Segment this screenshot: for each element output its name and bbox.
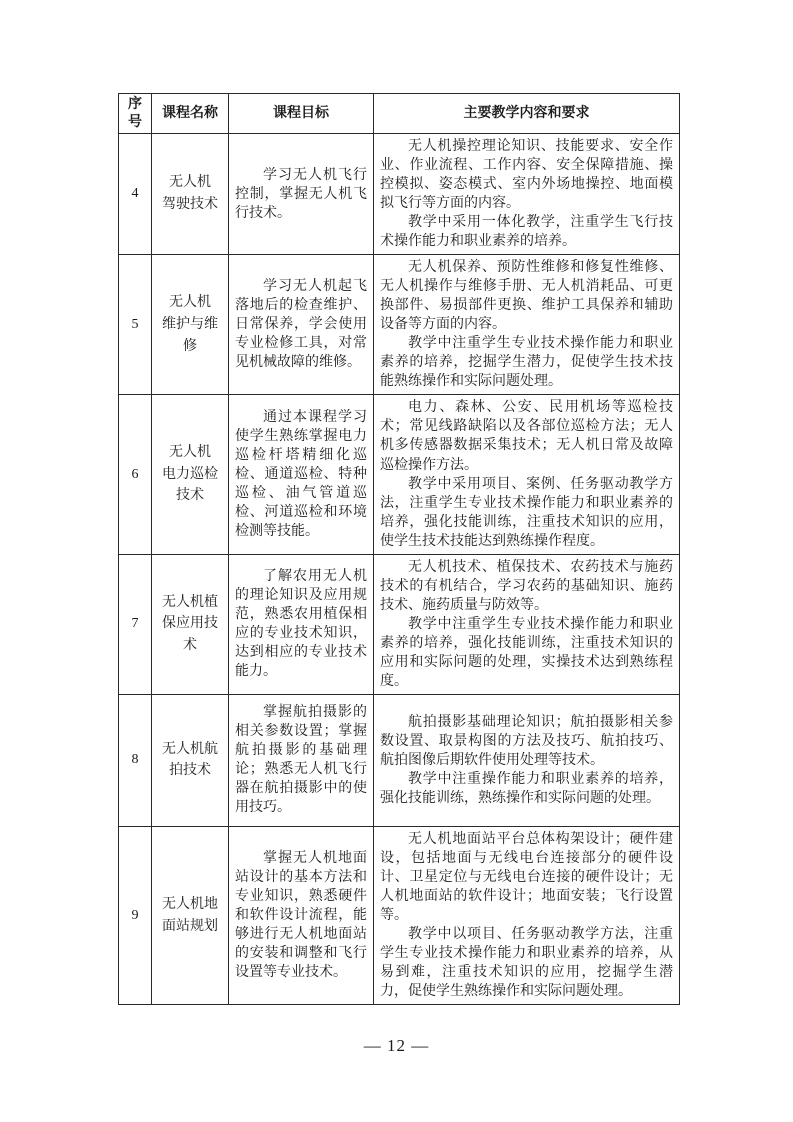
- course-objective: 了解农用无人机的理论知识及应用规范，熟悉农用植保相应的专业技术知识，达到相应的专…: [229, 554, 374, 694]
- teaching-content: 无人机保养、预防性维修和修复性维修、无人机操作与维修手册、无人机消耗品、可更换部…: [374, 255, 680, 395]
- content-paragraph: 无人机操控理论知识、技能要求、安全作业、作业流程、工作内容、安全保障措施、操控模…: [380, 137, 673, 213]
- content-paragraph: 教学中采用项目、案例、任务驱动教学方法，注重学生专业技术操作能力和职业素养的培养…: [380, 475, 673, 551]
- serial-number: 7: [119, 554, 152, 694]
- course-name: 无人机航 拍技术: [152, 694, 229, 826]
- table-row: 6 无人机 电力巡检 技术 通过本课程学习使学生熟练掌握电力巡检杆塔精细化巡检、…: [119, 395, 680, 554]
- content-paragraph: 无人机地面站平台总体构架设计；硬件建设，包括地面与无线电台连接部分的硬件设计、卫…: [380, 830, 673, 925]
- content-paragraph: 教学中注重学生专业技术操作能力和职业素养的培养，强化技能训练，注重技术知识的应用…: [380, 615, 673, 691]
- header-serial-number: 序 号: [119, 94, 152, 134]
- document-page: 序 号 课程名称 课程目标 主要教学内容和要求 4 无人机 驾驶技术 学习无人机…: [0, 0, 793, 1122]
- serial-number: 9: [119, 826, 152, 1004]
- teaching-content: 电力、森林、公安、民用机场等巡检技术；常见线路缺陷以及各部位巡检方法；无人机多传…: [374, 395, 680, 554]
- teaching-content: 无人机地面站平台总体构架设计；硬件建设，包括地面与无线电台连接部分的硬件设计、卫…: [374, 826, 680, 1004]
- objective-paragraph: 学习无人机起飞落地后的检查维护、日常保养，学会使用专业检修工具，对常见机械故障的…: [235, 277, 367, 372]
- content-paragraph: 无人机保养、预防性维修和修复性维修、无人机操作与维修手册、无人机消耗品、可更换部…: [380, 258, 673, 334]
- table-row: 9 无人机地 面站规划 掌握无人机地面站设计的基本方法和专业知识，熟悉硬件和软件…: [119, 826, 680, 1004]
- teaching-content: 航拍摄影基础理论知识；航拍摄影相关参数设置、取景构图的方法及技巧、航拍技巧、航拍…: [374, 694, 680, 826]
- table-row: 7 无人机植 保应用技 术 了解农用无人机的理论知识及应用规范，熟悉农用植保相应…: [119, 554, 680, 694]
- content-paragraph: 航拍摄影基础理论知识；航拍摄影相关参数设置、取景构图的方法及技巧、航拍技巧、航拍…: [380, 713, 673, 770]
- table-row: 4 无人机 驾驶技术 学习无人机飞行控制，掌握无人机飞行技术。 无人机操控理论知…: [119, 134, 680, 255]
- objective-paragraph: 了解农用无人机的理论知识及应用规范，熟悉农用植保相应的专业技术知识，达到相应的专…: [235, 567, 367, 681]
- header-teaching-content: 主要教学内容和要求: [374, 94, 680, 134]
- course-objective: 学习无人机飞行控制，掌握无人机飞行技术。: [229, 134, 374, 255]
- content-paragraph: 电力、森林、公安、民用机场等巡检技术；常见线路缺陷以及各部位巡检方法；无人机多传…: [380, 398, 673, 474]
- header-course-name: 课程名称: [152, 94, 229, 134]
- table-row: 5 无人机 维护与维 修 学习无人机起飞落地后的检查维护、日常保养，学会使用专业…: [119, 255, 680, 395]
- content-paragraph: 教学中以项目、任务驱动教学方法，注重学生专业技术操作能力和职业素养的培养，从易到…: [380, 925, 673, 1001]
- course-name: 无人机地 面站规划: [152, 826, 229, 1004]
- content-paragraph: 教学中采用一体化教学，注重学生飞行技术操作能力和职业素养的培养。: [380, 213, 673, 251]
- table-row: 8 无人机航 拍技术 掌握航拍摄影的相关参数设置；掌握航拍摄影的基础理论；熟悉无…: [119, 694, 680, 826]
- teaching-content: 无人机技术、植保技术、农药技术与施药技术的有机结合，学习农药的基础知识、施药技术…: [374, 554, 680, 694]
- header-course-objective: 课程目标: [229, 94, 374, 134]
- course-name: 无人机 驾驶技术: [152, 134, 229, 255]
- teaching-content: 无人机操控理论知识、技能要求、安全作业、作业流程、工作内容、安全保障措施、操控模…: [374, 134, 680, 255]
- course-objective: 通过本课程学习使学生熟练掌握电力巡检杆塔精细化巡检、通道巡检、特种巡检、油气管道…: [229, 395, 374, 554]
- course-objective: 学习无人机起飞落地后的检查维护、日常保养，学会使用专业检修工具，对常见机械故障的…: [229, 255, 374, 395]
- course-objective: 掌握航拍摄影的相关参数设置；掌握航拍摄影的基础理论；熟悉无人机飞行器在航拍摄影中…: [229, 694, 374, 826]
- course-table: 序 号 课程名称 课程目标 主要教学内容和要求 4 无人机 驾驶技术 学习无人机…: [118, 93, 680, 1005]
- course-name: 无人机 维护与维 修: [152, 255, 229, 395]
- objective-paragraph: 通过本课程学习使学生熟练掌握电力巡检杆塔精细化巡检、通道巡检、特种巡检、油气管道…: [235, 408, 367, 541]
- objective-paragraph: 学习无人机飞行控制，掌握无人机飞行技术。: [235, 166, 367, 223]
- table-header-row: 序 号 课程名称 课程目标 主要教学内容和要求: [119, 94, 680, 134]
- objective-paragraph: 掌握无人机地面站设计的基本方法和专业知识，熟悉硬件和软件设计流程，能够进行无人机…: [235, 849, 367, 982]
- serial-number: 5: [119, 255, 152, 395]
- content-paragraph: 教学中注重学生专业技术操作能力和职业素养的培养，挖掘学生潜力，促使学生技术技能熟…: [380, 334, 673, 391]
- course-name: 无人机植 保应用技 术: [152, 554, 229, 694]
- content-paragraph: 无人机技术、植保技术、农药技术与施药技术的有机结合，学习农药的基础知识、施药技术…: [380, 558, 673, 615]
- serial-number: 8: [119, 694, 152, 826]
- course-objective: 掌握无人机地面站设计的基本方法和专业知识，熟悉硬件和软件设计流程，能够进行无人机…: [229, 826, 374, 1004]
- content-paragraph: 教学中注重操作能力和职业素养的培养，强化技能训练，熟练操作和实际问题的处理。: [380, 770, 673, 808]
- page-number: — 12 —: [0, 1036, 793, 1056]
- course-name: 无人机 电力巡检 技术: [152, 395, 229, 554]
- objective-paragraph: 掌握航拍摄影的相关参数设置；掌握航拍摄影的基础理论；熟悉无人机飞行器在航拍摄影中…: [235, 703, 367, 817]
- serial-number: 4: [119, 134, 152, 255]
- serial-number: 6: [119, 395, 152, 554]
